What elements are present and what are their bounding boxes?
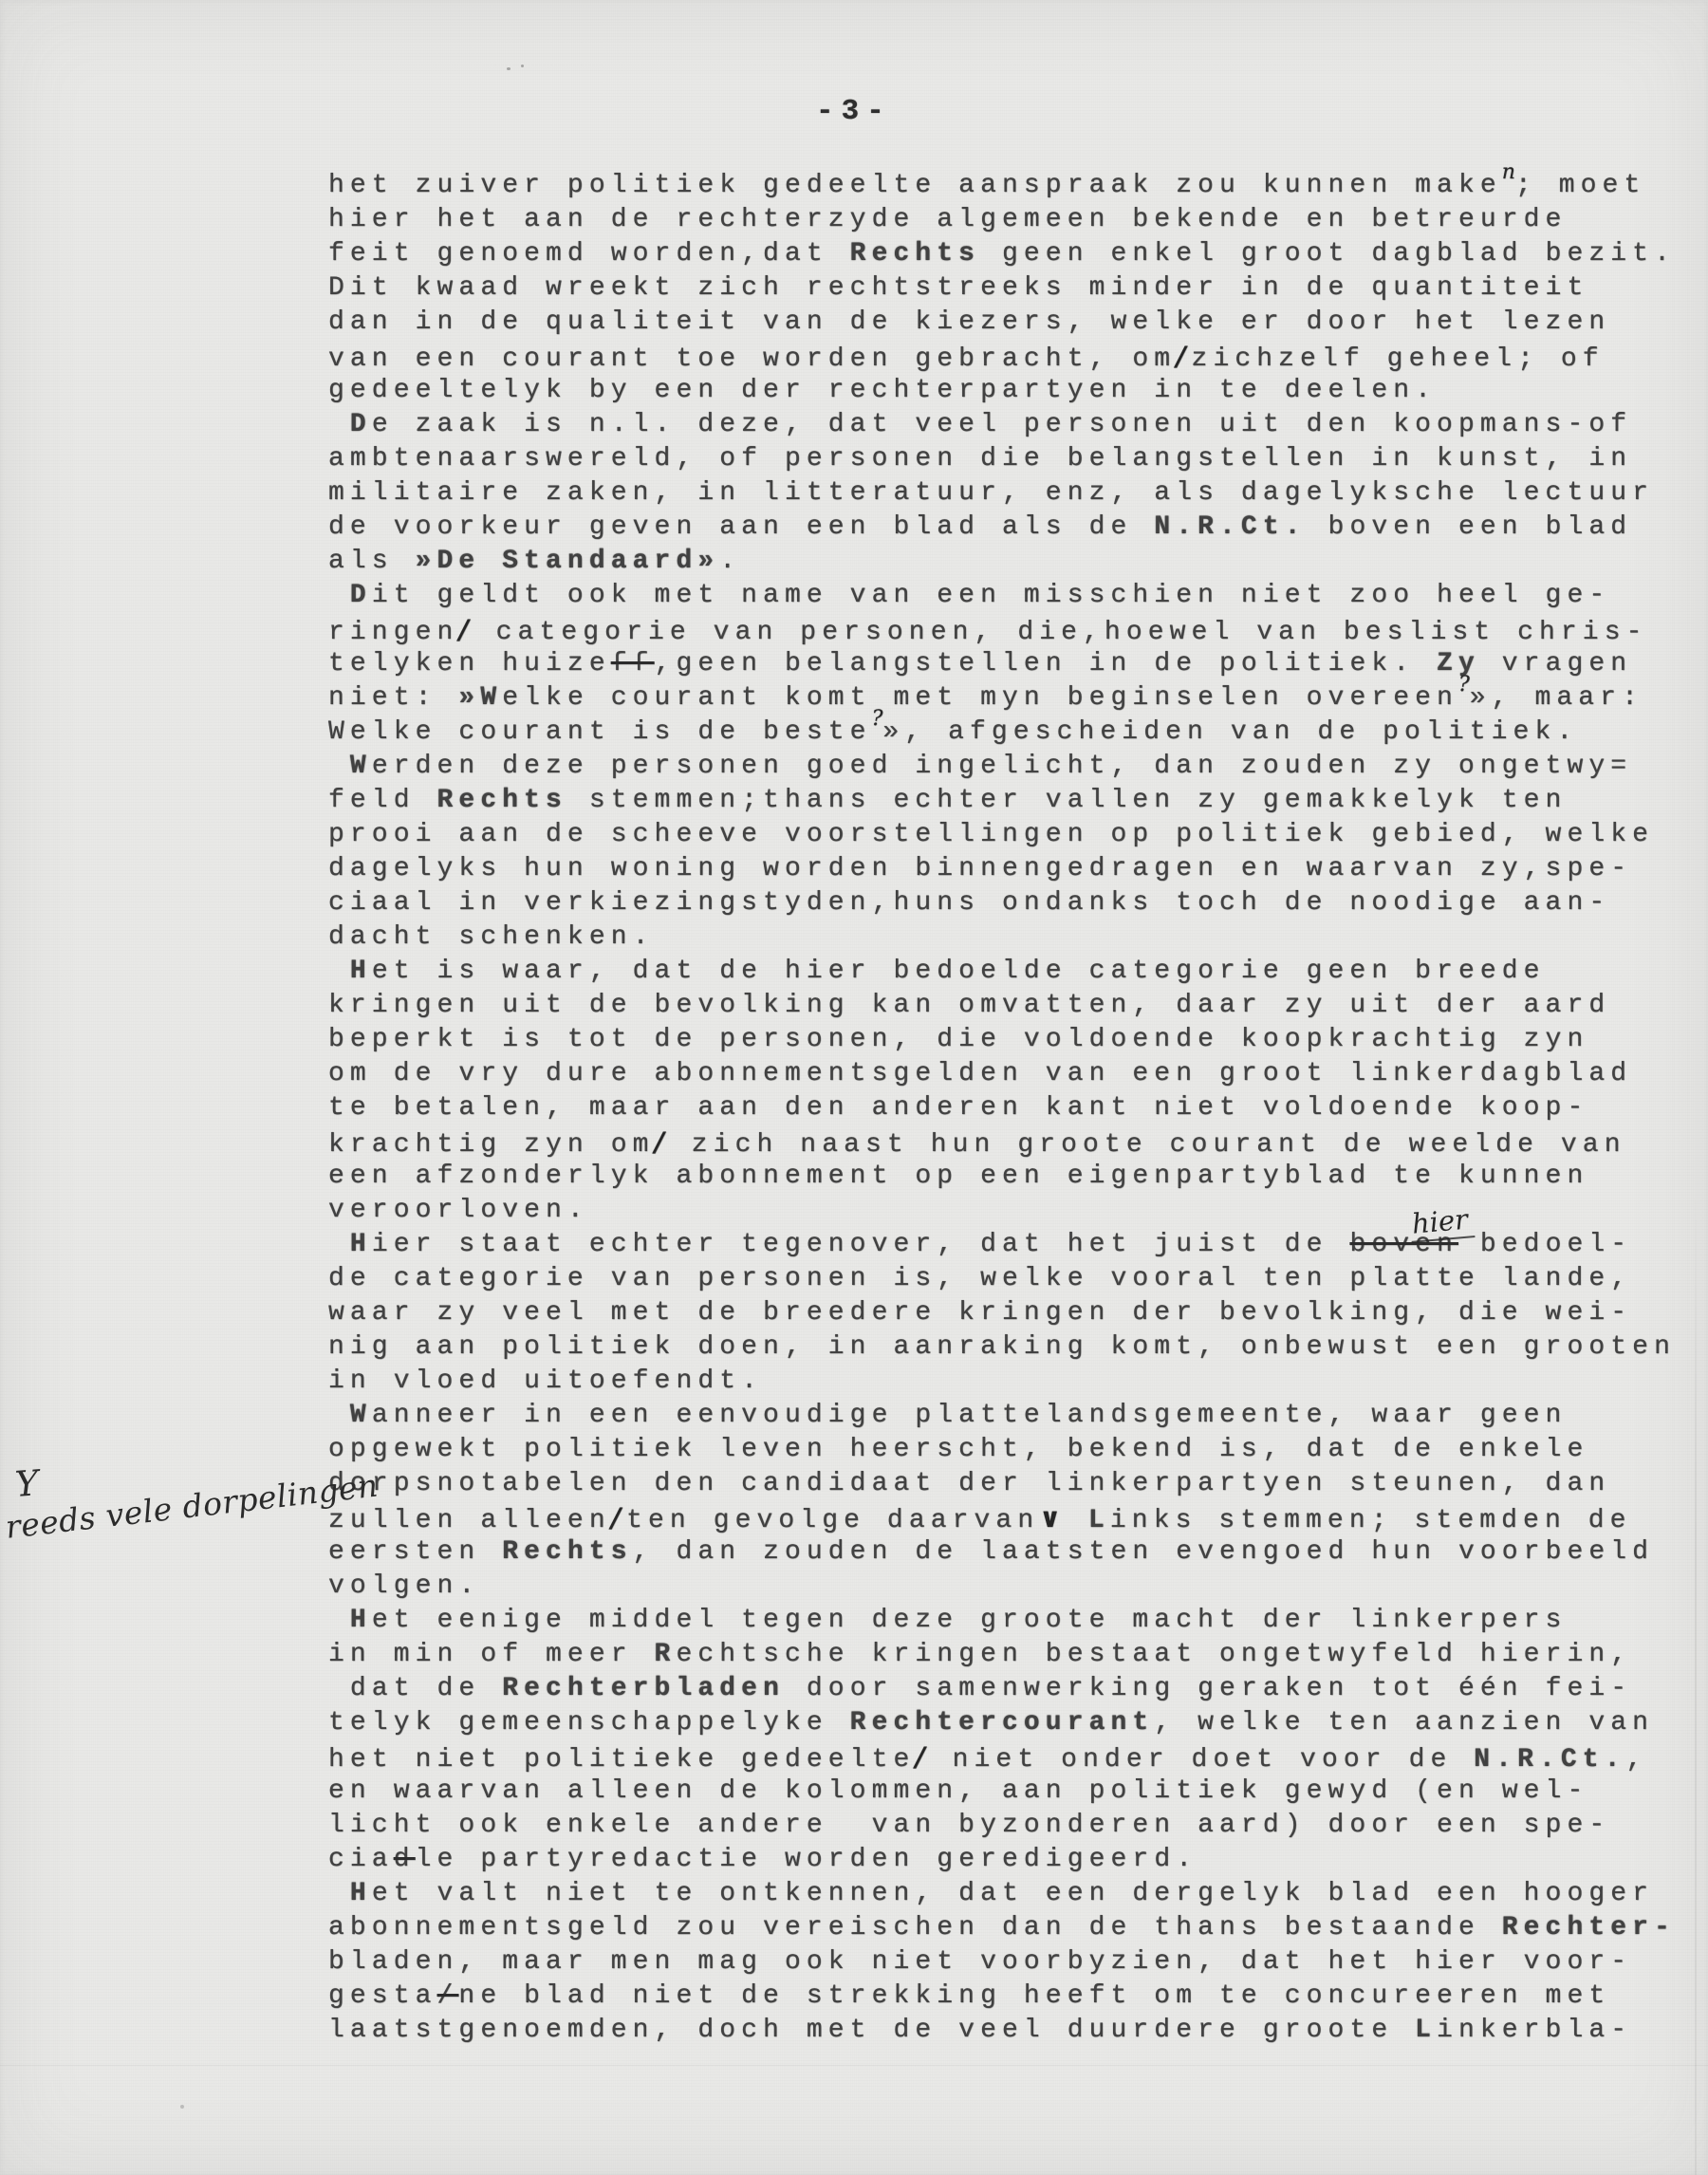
- text-line: Welke courant is de beste?», afgescheide…: [328, 716, 1676, 750]
- text-line: gesta/ne blad niet de strekking heeft om…: [328, 1980, 1676, 2014]
- text-line: ciaal in verkiezingstyden,huns ondanks t…: [328, 886, 1676, 920]
- paper-speck: [521, 65, 524, 67]
- text-line: niet: »Welke courant komt met myn begins…: [328, 681, 1676, 716]
- text-line: volgen.: [328, 1570, 1676, 1604]
- text-line: kringen uit de bevolking kan omvatten, d…: [328, 989, 1676, 1023]
- text-line: telyk gemeenschappelyke Rechtercourant, …: [328, 1706, 1676, 1740]
- paper-crease-horizontal: [0, 2065, 1708, 2066]
- text-line: het zuiver politiek gedeelte aanspraak z…: [328, 169, 1676, 203]
- text-line: prooi aan de scheeve voorstellingen op p…: [328, 818, 1676, 852]
- text-line: de voorkeur geven aan een blad als de N.…: [328, 511, 1676, 545]
- paper-speck: [180, 2105, 184, 2109]
- text-line: bladen, maar men mag ook niet voorbyzien…: [328, 1945, 1676, 1980]
- page-number: -3-: [816, 95, 892, 128]
- text-line: dorpsnotabelen den candidaat der linkerp…: [328, 1467, 1676, 1501]
- text-line: van een courant toe worden gebracht, om/…: [328, 340, 1676, 374]
- text-line: dan in de qualiteit van de kiezers, welk…: [328, 306, 1676, 340]
- text-line: licht ook enkele andere van byzonderen a…: [328, 1809, 1676, 1843]
- text-line: als »De Standaard».: [328, 545, 1676, 579]
- text-line: feld Rechts stemmen;thans echter vallen …: [328, 784, 1676, 818]
- text-line: in min of meer Rechtsche kringen bestaat…: [328, 1638, 1676, 1672]
- text-line: abonnementsgeld zou vereischen dan de th…: [328, 1911, 1676, 1945]
- text-line: feit genoemd worden,dat Rechts geen enke…: [328, 237, 1676, 271]
- text-line: ciadle partyredactie worden geredigeerd.: [328, 1843, 1676, 1877]
- text-line: De zaak is n.l. deze, dat veel personen …: [328, 408, 1676, 442]
- text-line: waar zy veel met de breedere kringen der…: [328, 1296, 1676, 1330]
- text-line: laatstgenoemden, doch met de veel duurde…: [328, 2014, 1676, 2048]
- text-line: telyken huizeſſ,geen belangstellen in de…: [328, 647, 1676, 681]
- text-line: ringen/ categorie van personen, die,hoew…: [328, 613, 1676, 647]
- text-line: dacht schenken.: [328, 920, 1676, 955]
- typewritten-text-block: het zuiver politiek gedeelte aanspraak z…: [328, 169, 1676, 2048]
- paper-crease-vertical: [1695, 1186, 1697, 2175]
- text-line: te betalen, maar aan den anderen kant ni…: [328, 1091, 1676, 1125]
- text-line: het niet politieke gedeelte/ niet onder …: [328, 1740, 1676, 1775]
- text-line: Het eenige middel tegen deze groote mach…: [328, 1604, 1676, 1638]
- text-line: Dit geldt ook met name van een misschien…: [328, 579, 1676, 613]
- paper-speck: [507, 67, 511, 70]
- text-line: Het is waar, dat de hier bedoelde catego…: [328, 955, 1676, 989]
- text-line: Dit kwaad wreekt zich rechtstreeks minde…: [328, 271, 1676, 306]
- handwritten-caret-mark: Y: [14, 1462, 40, 1505]
- text-line: een afzonderlyk abonnement op een eigenp…: [328, 1160, 1676, 1194]
- text-line: beperkt is tot de personen, die voldoend…: [328, 1023, 1676, 1057]
- text-line: nig aan politiek doen, in aanraking komt…: [328, 1330, 1676, 1365]
- text-line: hier het aan de rechterzyde algemeen bek…: [328, 203, 1676, 237]
- text-line: opgewekt politiek leven heerscht, bekend…: [328, 1433, 1676, 1467]
- text-line: Werden deze personen goed ingelicht, dan…: [328, 750, 1676, 784]
- scanned-page: -3- het zuiver politiek gedeelte aanspra…: [0, 0, 1708, 2175]
- text-line: in vloed uitoefendt.: [328, 1365, 1676, 1399]
- text-line: de categorie van personen is, welke voor…: [328, 1262, 1676, 1296]
- text-line: eersten Rechts, dan zouden de laatsten e…: [328, 1535, 1676, 1570]
- text-line: gedeeltelyk by een der rechterpartyen in…: [328, 374, 1676, 408]
- text-line: om de vry dure abonnementsgelden van een…: [328, 1057, 1676, 1091]
- handwritten-correction-hier: hier: [1409, 1202, 1476, 1243]
- text-line: en waarvan alleen de kolommen, aan polit…: [328, 1775, 1676, 1809]
- text-line: ambtenaarswereld, of personen die belang…: [328, 442, 1676, 476]
- text-line: krachtig zyn om/ zich naast hun groote c…: [328, 1125, 1676, 1160]
- text-line: Het valt niet te ontkennen, dat een derg…: [328, 1877, 1676, 1911]
- text-line: zullen alleen/ten gevolge daarvan∨ Links…: [328, 1501, 1676, 1535]
- text-line: dagelyks hun woning worden binnengedrage…: [328, 852, 1676, 886]
- handwritten-margin-note: reeds vele dorpelingen: [4, 1466, 381, 1545]
- text-line: dat de Rechterbladen door samenwerking g…: [328, 1672, 1676, 1706]
- text-line: militaire zaken, in litteratuur, enz, al…: [328, 476, 1676, 511]
- text-line: Wanneer in een eenvoudige plattelandsgem…: [328, 1399, 1676, 1433]
